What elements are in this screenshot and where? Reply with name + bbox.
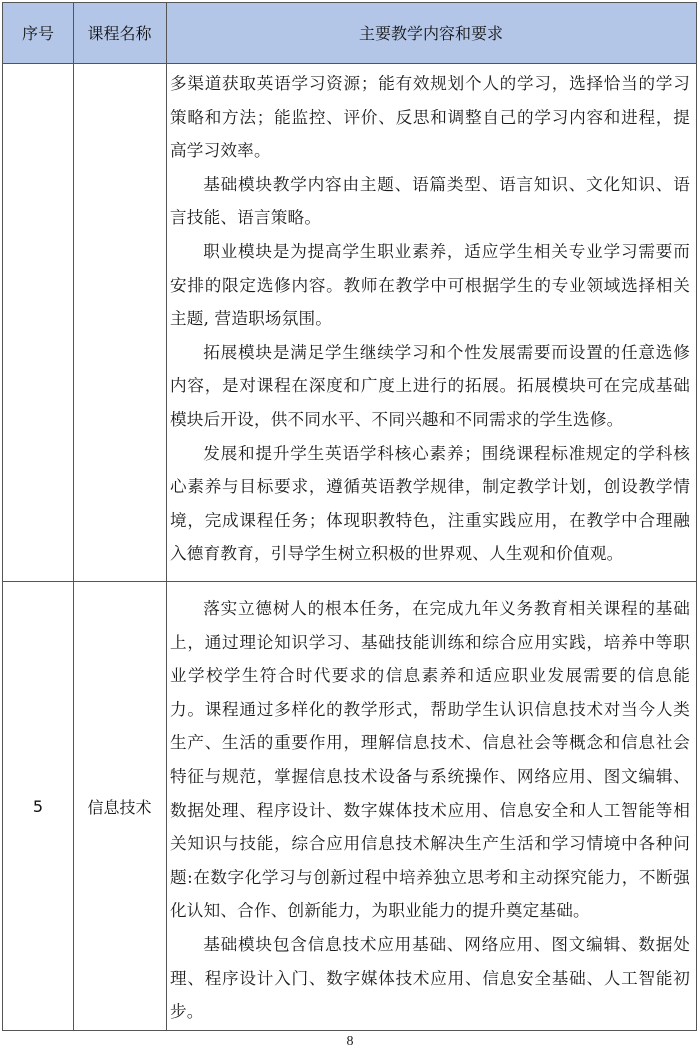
- header-content: 主要教学内容和要求: [166, 3, 696, 62]
- paragraph: 基础模块教学内容由主题、语篇类型、语言知识、文化知识、语言技能、语言策略。: [170, 168, 690, 235]
- paragraph: 职业模块是为提高学生职业素养，适应学生相关专业学习需要而安排的限定选修内容。教师…: [170, 235, 690, 336]
- paragraph: 拓展模块是满足学生继续学习和个性发展需要而设置的任意选修内容，是对课程在深度和广…: [170, 336, 690, 437]
- curriculum-table: 序号 课程名称 主要教学内容和要求 多渠道获取英语学习资源；能有效规划个人的学习…: [2, 2, 697, 1031]
- paragraph: 基础模块包含信息技术应用基础、网络应用、图文编辑、数据处理、程序设计入门、数字媒…: [170, 928, 690, 1029]
- header-index: 序号: [3, 3, 73, 62]
- page-number: 8: [0, 1034, 700, 1050]
- row-index: 5: [3, 583, 73, 1030]
- paragraph: 落实立德树人的根本任务，在完成九年义务教育相关课程的基础上，通过理论知识学习、基…: [170, 592, 690, 928]
- header-course-name: 课程名称: [73, 3, 166, 62]
- column-divider: [166, 3, 167, 1030]
- paragraph: 多渠道获取英语学习资源；能有效规划个人的学习，选择恰当的学习策略和方法；能监控、…: [170, 67, 690, 168]
- row-divider: [3, 581, 696, 582]
- table-row-content: 落实立德树人的根本任务，在完成九年义务教育相关课程的基础上，通过理论知识学习、基…: [170, 592, 690, 1029]
- table-row-content: 多渠道获取英语学习资源；能有效规划个人的学习，选择恰当的学习策略和方法；能监控、…: [170, 67, 690, 571]
- paragraph: 发展和提升学生英语学科核心素养；围绕课程标准规定的学科核心素养与目标要求，遵循英…: [170, 437, 690, 571]
- row-course-name: 信息技术: [73, 583, 166, 1030]
